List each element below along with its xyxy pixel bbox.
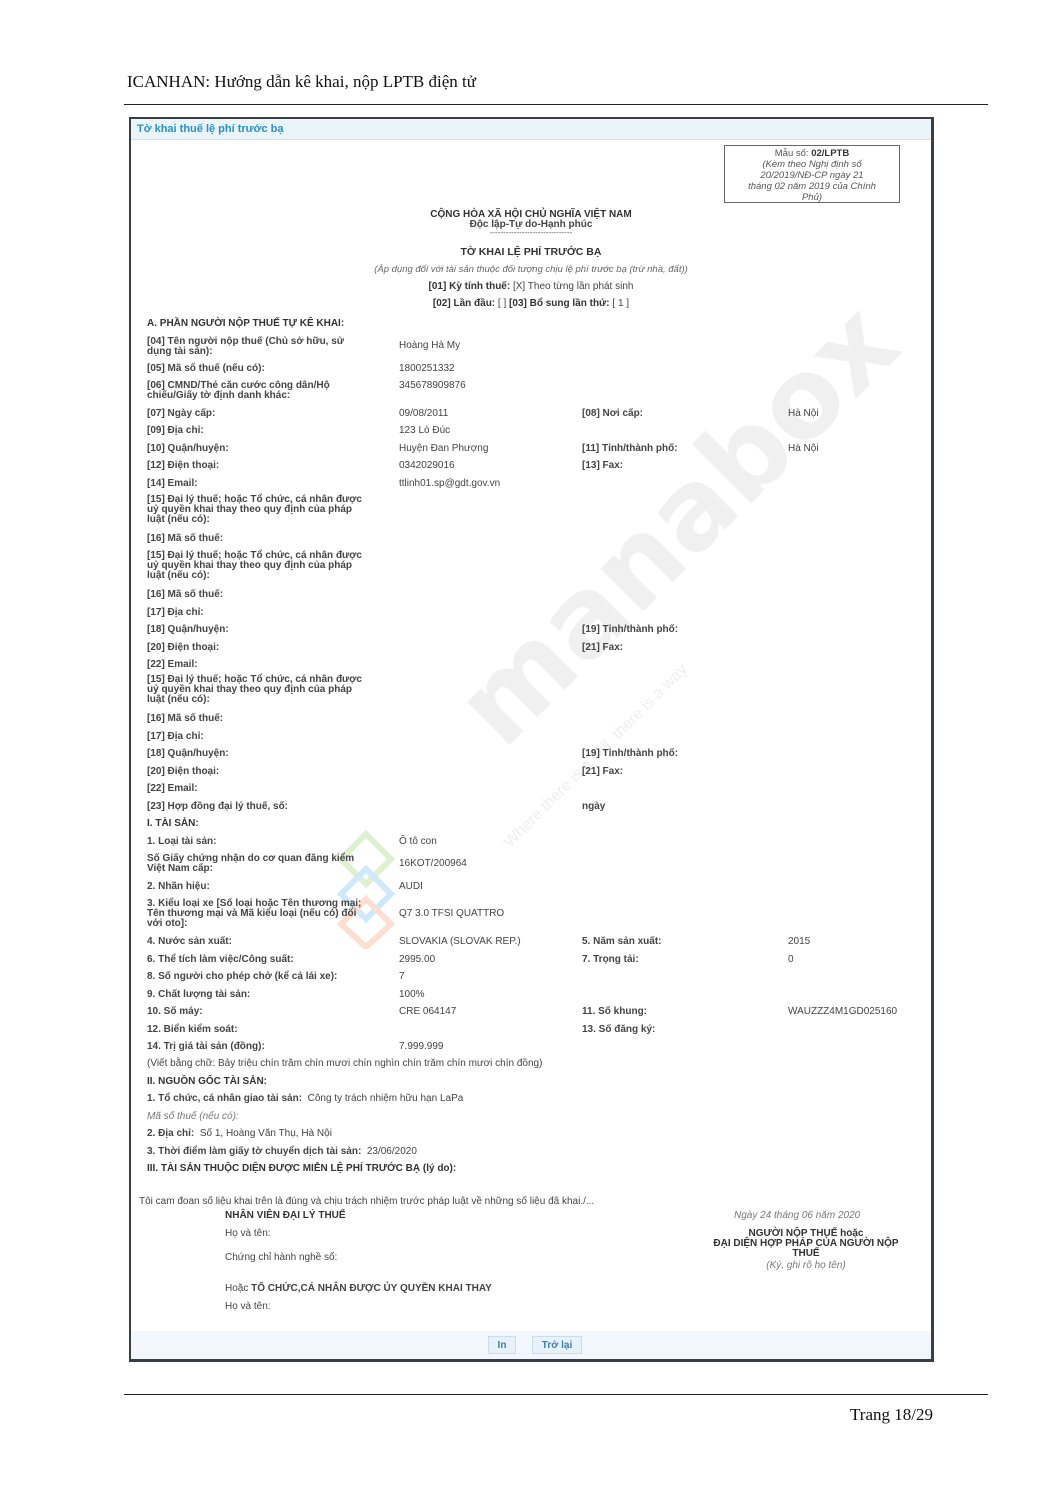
brand: AUDI — [399, 882, 423, 892]
agent-3-phone-label: [20] Điện thoại: — [147, 767, 219, 777]
seats: 7 — [399, 972, 405, 982]
agent-2-district-label: [18] Quận/huyện: — [147, 625, 229, 635]
issue-place-label: [08] Nơi cấp: — [582, 409, 643, 419]
footer-divider — [124, 1394, 988, 1395]
agent-3-province-label: [19] Tỉnh/thành phố: — [582, 749, 678, 759]
issue-date-label: [07] Ngày cấp: — [147, 409, 215, 419]
district-label: [10] Quận/huyện: — [147, 444, 229, 454]
agent-2-fax-label: [21] Fax: — [582, 643, 623, 653]
plate-label: 12. Biển kiểm soát: — [147, 1025, 238, 1035]
email: ttlinh01.sp@gdt.gov.vn — [399, 479, 500, 489]
origin-time: 3. Thời điểm làm giấy tờ chuyển dịch tài… — [147, 1147, 417, 1157]
chassis: WAUZZZ4M1GD025160 — [788, 1007, 897, 1017]
capacity: 2995.00 — [399, 955, 435, 965]
watermark: manabox — [431, 278, 922, 769]
agent-3-tax-code-label: [16] Mã số thuế: — [147, 714, 223, 724]
brand-label: 2. Nhãn hiệu: — [147, 882, 210, 892]
form-code-note: Phủ) — [725, 192, 899, 203]
taxpayer-sign-note: (Ký, ghi rõ họ tên) — [676, 1261, 934, 1271]
email-label: [14] Email: — [147, 479, 198, 489]
country-label: 4. Nước sản xuất: — [147, 937, 232, 947]
model: Q7 3.0 TFSI QUATTRO — [399, 909, 504, 919]
origin-org: 1. Tổ chức, cá nhân giao tài sản: Công t… — [147, 1094, 463, 1104]
issue-date: 09/08/2011 — [399, 409, 448, 419]
agent-2-address-label: [17] Địa chỉ: — [147, 608, 204, 618]
authorized-title: Hoặc TỔ CHỨC,CÁ NHÂN ĐƯỢC ỦY QUYỀN KHAI … — [225, 1284, 492, 1294]
watermark-logo-icon — [336, 829, 396, 949]
declaration-times: [02] Lần đầu: [ ] [03] Bổ sung lần thứ: … — [131, 298, 931, 309]
agent-3-district-label: [18] Quận/huyện: — [147, 749, 229, 759]
chassis-label: 11. Số khung: — [582, 1007, 647, 1017]
document-header: ICANHAN: Hướng dẫn kê khai, nộp LPTB điệ… — [127, 72, 476, 92]
origin-address: 2. Địa chỉ: Số 1, Hoàng Văn Thụ, Hà Nội — [147, 1129, 332, 1139]
agent-2-label: [15] Đại lý thuế; hoặc Tổ chức, cá nhân … — [147, 551, 362, 581]
tax-code-label: [05] Mã số thuế (nếu có): — [147, 364, 265, 374]
motto-divider: ------------------------------- — [131, 228, 931, 237]
province-label: [11] Tỉnh/thành phố: — [582, 444, 678, 454]
country: SLOVAKIA (SLOVAK REP.) — [399, 937, 521, 947]
header-divider — [124, 104, 988, 105]
asset-type-label: 1. Loại tài sản: — [147, 837, 216, 847]
agent-2-phone-label: [20] Điện thoại: — [147, 643, 219, 653]
section-exempt-heading: III. TÀI SẢN THUỘC DIỆN ĐƯỢC MIỄN LỆ PHÍ… — [147, 1164, 456, 1174]
section-origin-heading: II. NGUỒN GỐC TÀI SẢN: — [147, 1077, 267, 1087]
year-label: 5. Năm sản xuất: — [582, 937, 661, 947]
id-label: [06] CMND/Thẻ căn cước công dân/Hộchiếu/… — [147, 381, 330, 401]
quality: 100% — [399, 990, 425, 1000]
section-asset-heading: I. TÀI SẢN: — [147, 819, 199, 829]
province: Hà Nội — [788, 444, 819, 454]
cert-number: 16KOT/200964 — [399, 859, 467, 869]
phone-label: [12] Điện thoại: — [147, 461, 219, 471]
back-button[interactable]: Trở lại — [532, 1336, 582, 1354]
value-in-words: (Viết bằng chữ: Bảy triệu chín trăm chín… — [147, 1059, 542, 1069]
capacity-label: 6. Thể tích làm việc/Công suất: — [147, 955, 294, 965]
quality-label: 9. Chất lượng tài sản: — [147, 990, 250, 1000]
load: 0 — [788, 955, 794, 965]
agent-1-label: [15] Đại lý thuế; hoặc Tổ chức, cá nhân … — [147, 495, 362, 525]
form-code-note: (Kèm theo Nghị định số — [725, 159, 899, 170]
agent-sign-cert-label: Chứng chỉ hành nghề số: — [225, 1253, 337, 1263]
taxpayer-name-label: [04] Tên người nộp thuế (Chủ sở hữu, sửd… — [147, 337, 344, 357]
phone: 0342029016 — [399, 461, 455, 471]
agent-3-address-label: [17] Địa chỉ: — [147, 732, 204, 742]
address: 123 Lò Đúc — [399, 426, 450, 436]
value-label: 14. Trị giá tài sản (đồng): — [147, 1042, 265, 1052]
form-window: Tờ khai thuế lệ phí trước bạ Mẫu số: 02/… — [129, 117, 934, 1362]
year: 2015 — [788, 937, 810, 947]
asset-type: Ô tô con — [399, 837, 437, 847]
page-number: Trang 18/29 — [850, 1405, 933, 1425]
form-code-note: 20/2019/NĐ-CP ngày 21 — [725, 170, 899, 181]
form-code: 02/LPTB — [811, 148, 849, 159]
contract-label: [23] Hợp đồng đại lý thuế, số: — [147, 802, 288, 812]
agent-3-email-label: [22] Email: — [147, 784, 198, 794]
seats-label: 8. Số người cho phép chở (kể cả lái xe): — [147, 972, 337, 982]
form-code-label: Mẫu số: — [775, 148, 811, 159]
district: Huyện Đan Phượng — [399, 444, 488, 454]
contract-date-label: ngày — [582, 802, 605, 812]
form-subtitle: (Áp dụng đối với tài sản thuộc đối tượng… — [131, 264, 931, 275]
fax-label: [13] Fax: — [582, 461, 623, 471]
form-title: TỜ KHAI LỆ PHÍ TRƯỚC BẠ — [131, 246, 931, 258]
value: 7.999.999 — [399, 1042, 444, 1052]
window-title: Tờ khai thuế lệ phí trước bạ — [131, 119, 931, 140]
agent-2-tax-code-label: [16] Mã số thuế: — [147, 590, 223, 600]
id-number: 345678909876 — [399, 381, 466, 391]
model-label: 3. Kiểu loại xe [Số loại hoặc Tên thương… — [147, 899, 361, 929]
form-code-note: tháng 02 năm 2019 của Chính — [725, 181, 899, 192]
engine-label: 10. Số máy: — [147, 1007, 203, 1017]
sign-date: Ngày 24 tháng 06 năm 2020 — [734, 1211, 860, 1221]
issue-place: Hà Nội — [788, 409, 819, 419]
agent-sign-name-label: Họ và tên: — [225, 1229, 271, 1239]
engine: CRE 064147 — [399, 1007, 456, 1017]
taxpayer-name: Hoàng Hà My — [399, 341, 460, 351]
address-label: [09] Địa chỉ: — [147, 426, 204, 436]
agent-sign-title: NHÂN VIÊN ĐẠI LÝ THUẾ — [225, 1211, 346, 1221]
tax-period: [01] Kỳ tính thuế: [X] Theo từng lần phá… — [131, 281, 931, 292]
authorized-name-label: Họ và tên: — [225, 1302, 271, 1312]
agent-2-email-label: [22] Email: — [147, 660, 198, 670]
taxpayer-sign-title: NGƯỜI NỘP THUẾ hoặcĐẠI DIỆN HỢP PHÁP CỦA… — [676, 1229, 934, 1259]
print-button[interactable]: In — [488, 1336, 516, 1354]
tax-code: 1800251332 — [399, 364, 455, 374]
section-a-heading: A. PHẦN NGƯỜI NỘP THUẾ TỰ KÊ KHAI: — [147, 319, 344, 329]
load-label: 7. Trọng tải: — [582, 955, 639, 965]
agent-3-fax-label: [21] Fax: — [582, 767, 623, 777]
registration-label: 13. Số đăng ký: — [582, 1025, 655, 1035]
agent-1-tax-code-label: [16] Mã số thuế: — [147, 534, 223, 544]
cert-label: Số Giấy chứng nhận do cơ quan đăng kiểmV… — [147, 854, 354, 874]
agent-3-label: [15] Đại lý thuế; hoặc Tổ chức, cá nhân … — [147, 675, 362, 705]
commitment-text: Tôi cam đoan số liệu khai trên là đúng v… — [139, 1197, 594, 1207]
form-code-box: Mẫu số: 02/LPTB (Kèm theo Nghị định số 2… — [724, 145, 900, 203]
origin-tax-code-label: Mã số thuế (nếu có): — [147, 1112, 239, 1122]
agent-2-province-label: [19] Tỉnh/thành phố: — [582, 625, 678, 635]
